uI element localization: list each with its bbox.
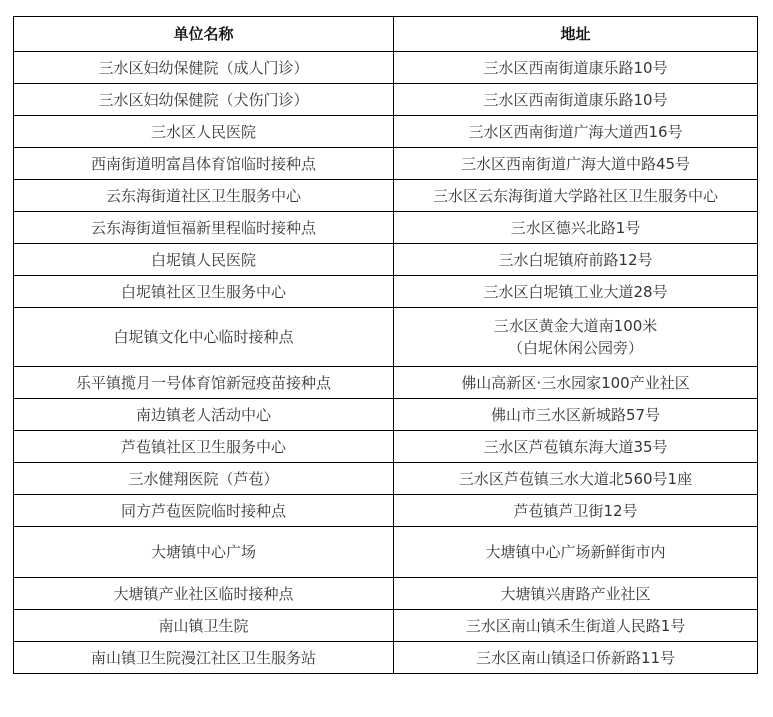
header-unit-name: 单位名称	[14, 17, 394, 52]
unit-name-cell: 芦苞镇社区卫生服务中心	[14, 431, 394, 463]
table-row: 西南街道明富昌体育馆临时接种点 三水区西南街道广海大道中路45号	[14, 148, 758, 180]
address-cell: 三水区西南街道广海大道西16号	[394, 116, 758, 148]
table-row: 南山镇卫生院漫江社区卫生服务站 三水区南山镇迳口侨新路11号	[14, 642, 758, 674]
unit-name-cell: 大塘镇产业社区临时接种点	[14, 578, 394, 610]
address-cell: 三水区芦苞镇东海大道35号	[394, 431, 758, 463]
address-line-2: （白坭休闲公园旁）	[398, 337, 753, 359]
unit-name-cell: 云东海街道恒福新里程临时接种点	[14, 212, 394, 244]
address-cell: 三水区南山镇迳口侨新路11号	[394, 642, 758, 674]
unit-name-cell: 三水健翔医院（芦苞）	[14, 463, 394, 495]
address-cell: 芦苞镇芦卫街12号	[394, 495, 758, 527]
address-cell: 三水区黄金大道南100米 （白坭休闲公园旁）	[394, 308, 758, 367]
header-row: 单位名称 地址	[14, 17, 758, 52]
address-cell: 大塘镇兴唐路产业社区	[394, 578, 758, 610]
address-cell: 大塘镇中心广场新鲜街市内	[394, 527, 758, 578]
header-address: 地址	[394, 17, 758, 52]
unit-name-cell: 三水区妇幼保健院（犬伤门诊）	[14, 84, 394, 116]
unit-name-cell: 云东海街道社区卫生服务中心	[14, 180, 394, 212]
address-cell: 三水区南山镇禾生街道人民路1号	[394, 610, 758, 642]
table-row: 芦苞镇社区卫生服务中心 三水区芦苞镇东海大道35号	[14, 431, 758, 463]
table-row: 大塘镇产业社区临时接种点 大塘镇兴唐路产业社区	[14, 578, 758, 610]
address-cell: 三水区白坭镇工业大道28号	[394, 276, 758, 308]
address-cell: 三水区云东海街道大学路社区卫生服务中心	[394, 180, 758, 212]
vaccination-sites-table: 单位名称 地址 三水区妇幼保健院（成人门诊） 三水区西南街道康乐路10号 三水区…	[13, 16, 758, 674]
table-row: 大塘镇中心广场 大塘镇中心广场新鲜街市内	[14, 527, 758, 578]
table-row: 白坭镇文化中心临时接种点 三水区黄金大道南100米 （白坭休闲公园旁）	[14, 308, 758, 367]
address-cell: 三水区西南街道康乐路10号	[394, 52, 758, 84]
address-cell: 三水区西南街道康乐路10号	[394, 84, 758, 116]
table-row: 三水区妇幼保健院（成人门诊） 三水区西南街道康乐路10号	[14, 52, 758, 84]
unit-name-cell: 白坭镇文化中心临时接种点	[14, 308, 394, 367]
unit-name-cell: 南山镇卫生院	[14, 610, 394, 642]
address-cell: 佛山市三水区新城路57号	[394, 399, 758, 431]
address-cell: 三水白坭镇府前路12号	[394, 244, 758, 276]
table-row: 三水区人民医院 三水区西南街道广海大道西16号	[14, 116, 758, 148]
address-cell: 三水区芦苞镇三水大道北560号1座	[394, 463, 758, 495]
table-row: 南山镇卫生院 三水区南山镇禾生街道人民路1号	[14, 610, 758, 642]
table-row: 南边镇老人活动中心 佛山市三水区新城路57号	[14, 399, 758, 431]
unit-name-cell: 南边镇老人活动中心	[14, 399, 394, 431]
unit-name-cell: 白坭镇人民医院	[14, 244, 394, 276]
table-row: 三水区妇幼保健院（犬伤门诊） 三水区西南街道康乐路10号	[14, 84, 758, 116]
unit-name-cell: 乐平镇揽月一号体育馆新冠疫苗接种点	[14, 367, 394, 399]
unit-name-cell: 白坭镇社区卫生服务中心	[14, 276, 394, 308]
address-cell: 三水区德兴北路1号	[394, 212, 758, 244]
address-cell: 佛山高新区·三水园家100产业社区	[394, 367, 758, 399]
table-row: 三水健翔医院（芦苞） 三水区芦苞镇三水大道北560号1座	[14, 463, 758, 495]
unit-name-cell: 大塘镇中心广场	[14, 527, 394, 578]
unit-name-cell: 三水区人民医院	[14, 116, 394, 148]
table-row: 白坭镇人民医院 三水白坭镇府前路12号	[14, 244, 758, 276]
address-line-1: 三水区黄金大道南100米	[398, 315, 753, 337]
table-row: 云东海街道恒福新里程临时接种点 三水区德兴北路1号	[14, 212, 758, 244]
unit-name-cell: 三水区妇幼保健院（成人门诊）	[14, 52, 394, 84]
table-row: 同方芦苞医院临时接种点 芦苞镇芦卫街12号	[14, 495, 758, 527]
address-cell: 三水区西南街道广海大道中路45号	[394, 148, 758, 180]
unit-name-cell: 同方芦苞医院临时接种点	[14, 495, 394, 527]
table-row: 白坭镇社区卫生服务中心 三水区白坭镇工业大道28号	[14, 276, 758, 308]
table-row: 乐平镇揽月一号体育馆新冠疫苗接种点 佛山高新区·三水园家100产业社区	[14, 367, 758, 399]
table-row: 云东海街道社区卫生服务中心 三水区云东海街道大学路社区卫生服务中心	[14, 180, 758, 212]
unit-name-cell: 南山镇卫生院漫江社区卫生服务站	[14, 642, 394, 674]
unit-name-cell: 西南街道明富昌体育馆临时接种点	[14, 148, 394, 180]
